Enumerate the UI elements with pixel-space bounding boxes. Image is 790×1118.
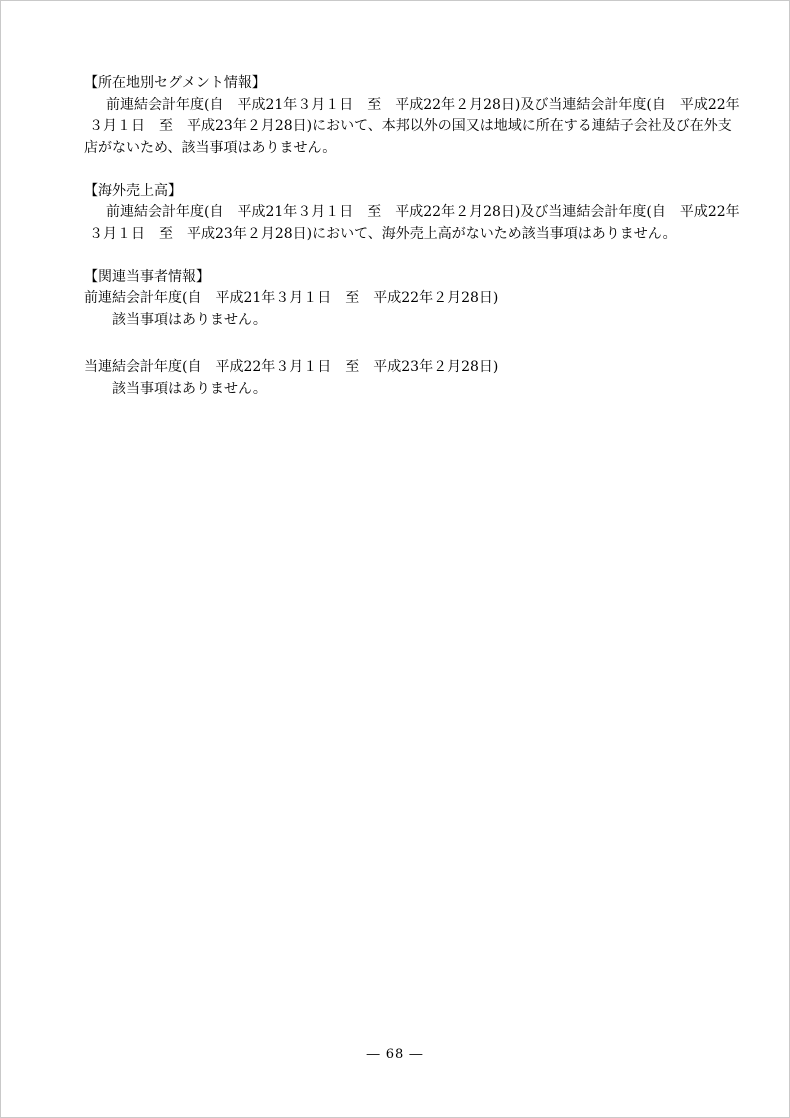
section-location-segment: 【所在地別セグメント情報】 前連結会計年度(自 平成21年３月１日 至 平成22… — [84, 73, 744, 159]
note-line: 該当事項はありません。 — [112, 310, 744, 332]
page-number: ― 68 ― — [1, 1047, 789, 1062]
period-line: 前連結会計年度(自 平成21年３月１日 至 平成22年２月28日) — [84, 288, 744, 310]
paragraph-line: ３月１日 至 平成23年２月28日)において、本邦以外の国又は地域に所在する連結… — [89, 116, 744, 138]
period-entry: 前連結会計年度(自 平成21年３月１日 至 平成22年２月28日) 該当事項はあ… — [84, 288, 744, 331]
section-heading: 【関連当事者情報】 — [84, 267, 744, 289]
document-page: 【所在地別セグメント情報】 前連結会計年度(自 平成21年３月１日 至 平成22… — [0, 0, 790, 1118]
section-overseas-sales: 【海外売上高】 前連結会計年度(自 平成21年３月１日 至 平成22年２月28日… — [84, 181, 744, 246]
section-heading: 【所在地別セグメント情報】 — [84, 73, 744, 95]
paragraph-line: 店がないため、該当事項はありません。 — [84, 138, 744, 160]
paragraph-line: 前連結会計年度(自 平成21年３月１日 至 平成22年２月28日)及び当連結会計… — [106, 202, 744, 224]
period-line: 当連結会計年度(自 平成22年３月１日 至 平成23年２月28日) — [84, 357, 744, 379]
paragraph-line: 前連結会計年度(自 平成21年３月１日 至 平成22年２月28日)及び当連結会計… — [106, 95, 744, 117]
paragraph-line: ３月１日 至 平成23年２月28日)において、海外売上高がないため該当事項はあり… — [89, 224, 744, 246]
note-line: 該当事項はありません。 — [112, 379, 744, 401]
period-entry: 当連結会計年度(自 平成22年３月１日 至 平成23年２月28日) 該当事項はあ… — [84, 357, 744, 400]
document-body: 【所在地別セグメント情報】 前連結会計年度(自 平成21年３月１日 至 平成22… — [84, 73, 744, 400]
section-related-parties: 【関連当事者情報】 前連結会計年度(自 平成21年３月１日 至 平成22年２月2… — [84, 267, 744, 401]
section-heading: 【海外売上高】 — [84, 181, 744, 203]
